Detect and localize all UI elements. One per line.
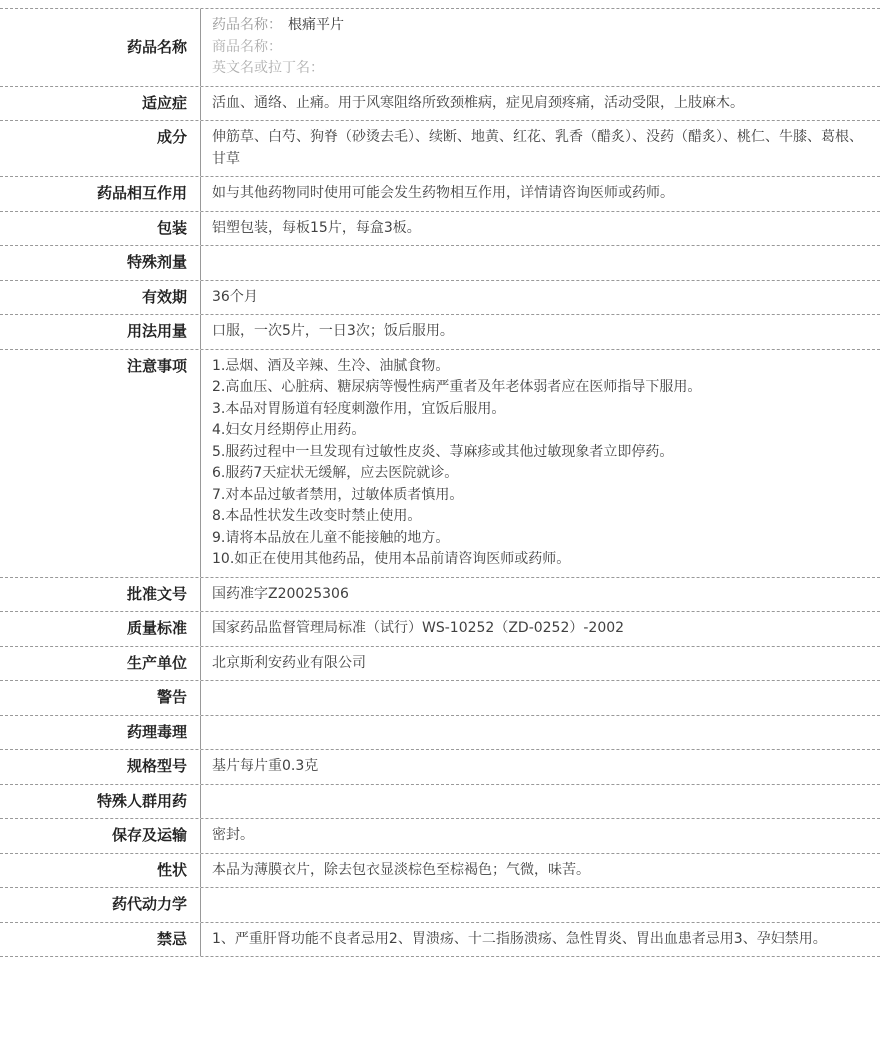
row-value-contraindications: 1、严重肝肾功能不良者忌用2、胃溃疡、十二指肠溃疡、急性胃炎、胃出血患者忌用3、… bbox=[201, 923, 880, 957]
row-value-special-dosage bbox=[201, 246, 880, 280]
row-value-description: 本品为薄膜衣片，除去包衣显淡棕色至棕褐色；气微，味苦。 bbox=[201, 854, 880, 888]
row-value-drug-interactions: 如与其他药物同时使用可能会发生药物相互作用，详情请咨询医师或药师。 bbox=[201, 177, 880, 211]
precautions-line: 4.妇女月经期停止用药。 bbox=[212, 420, 868, 442]
row-drug-interactions: 药品相互作用如与其他药物同时使用可能会发生药物相互作用，详情请咨询医师或药师。 bbox=[0, 177, 880, 212]
row-special-dosage: 特殊剂量 bbox=[0, 246, 880, 281]
row-value-specification: 基片每片重0.3克 bbox=[201, 750, 880, 784]
precautions-line: 7.对本品过敏者禁用，过敏体质者慎用。 bbox=[212, 485, 868, 507]
row-label-shelf-life: 有效期 bbox=[0, 281, 201, 315]
row-special-populations: 特殊人群用药 bbox=[0, 785, 880, 820]
row-label-contraindications: 禁忌 bbox=[0, 923, 201, 957]
row-ingredients: 成分伸筋草、白芍、狗脊（砂烫去毛）、续断、地黄、红花、乳香（醋炙）、没药（醋炙）… bbox=[0, 121, 880, 177]
row-description: 性状本品为薄膜衣片，除去包衣显淡棕色至棕褐色；气微，味苦。 bbox=[0, 854, 880, 889]
precautions-line: 6.服药7天症状无缓解，应去医院就诊。 bbox=[212, 463, 868, 485]
drug-name-field-value: 根痛平片 bbox=[288, 17, 344, 33]
row-label-pharmacology-toxicology: 药理毒理 bbox=[0, 716, 201, 750]
row-approval-number: 批准文号国药准字Z20025306 bbox=[0, 578, 880, 613]
row-label-special-dosage: 特殊剂量 bbox=[0, 246, 201, 280]
row-storage-transport: 保存及运输密封。 bbox=[0, 819, 880, 854]
row-value-approval-number: 国药准字Z20025306 bbox=[201, 578, 880, 612]
row-value-dosage-usage: 口服，一次5片，一日3次；饭后服用。 bbox=[201, 315, 880, 349]
row-drug-name: 药品名称药品名称：根痛平片商品名称：英文名或拉丁名： bbox=[0, 9, 880, 87]
row-contraindications: 禁忌1、严重肝肾功能不良者忌用2、胃溃疡、十二指肠溃疡、急性胃炎、胃出血患者忌用… bbox=[0, 923, 880, 958]
row-value-manufacturer: 北京斯利安药业有限公司 bbox=[201, 647, 880, 681]
row-label-precautions: 注意事项 bbox=[0, 350, 201, 577]
row-value-pharmacokinetics bbox=[201, 888, 880, 922]
row-value-storage-transport: 密封。 bbox=[201, 819, 880, 853]
row-value-shelf-life: 36个月 bbox=[201, 281, 880, 315]
row-label-approval-number: 批准文号 bbox=[0, 578, 201, 612]
row-label-description: 性状 bbox=[0, 854, 201, 888]
row-label-dosage-usage: 用法用量 bbox=[0, 315, 201, 349]
row-value-precautions: 1.忌烟、酒及辛辣、生冷、油腻食物。2.高血压、心脏病、糖尿病等慢性病严重者及年… bbox=[201, 350, 880, 577]
row-label-drug-name: 药品名称 bbox=[0, 9, 201, 86]
precautions-line: 10.如正在使用其他药品，使用本品前请咨询医师或药师。 bbox=[212, 549, 868, 571]
row-value-warning bbox=[201, 681, 880, 715]
precautions-line: 9.请将本品放在儿童不能接触的地方。 bbox=[212, 528, 868, 550]
drug-name-field-label: 商品名称： bbox=[212, 39, 282, 55]
row-label-pharmacokinetics: 药代动力学 bbox=[0, 888, 201, 922]
row-label-drug-interactions: 药品相互作用 bbox=[0, 177, 201, 211]
drug-info-table: 药品名称药品名称：根痛平片商品名称：英文名或拉丁名：适应症活血、通络、止痛。用于… bbox=[0, 8, 880, 957]
row-label-ingredients: 成分 bbox=[0, 121, 201, 176]
row-label-storage-transport: 保存及运输 bbox=[0, 819, 201, 853]
row-quality-standard: 质量标准国家药品监督管理局标准（试行）WS-10252（ZD-0252）-200… bbox=[0, 612, 880, 647]
row-dosage-usage: 用法用量口服，一次5片，一日3次；饭后服用。 bbox=[0, 315, 880, 350]
row-indications: 适应症活血、通络、止痛。用于风寒阻络所致颈椎病，症见肩颈疼痛，活动受限，上肢麻木… bbox=[0, 87, 880, 122]
row-shelf-life: 有效期36个月 bbox=[0, 281, 880, 316]
row-value-packaging: 铝塑包装，每板15片，每盒3板。 bbox=[201, 212, 880, 246]
row-value-drug-name: 药品名称：根痛平片商品名称：英文名或拉丁名： bbox=[201, 9, 880, 86]
drug-name-field-line: 商品名称： bbox=[212, 37, 868, 59]
drug-info-page: { "colors": { "border_dashed": "#999999"… bbox=[0, 0, 880, 1050]
row-warning: 警告 bbox=[0, 681, 880, 716]
row-value-quality-standard: 国家药品监督管理局标准（试行）WS-10252（ZD-0252）-2002 bbox=[201, 612, 880, 646]
row-value-special-populations bbox=[201, 785, 880, 819]
row-packaging: 包装铝塑包装，每板15片，每盒3板。 bbox=[0, 212, 880, 247]
row-pharmacology-toxicology: 药理毒理 bbox=[0, 716, 880, 751]
precautions-line: 5.服药过程中一旦发现有过敏性皮炎、荨麻疹或其他过敏现象者立即停药。 bbox=[212, 442, 868, 464]
drug-name-field-label: 英文名或拉丁名： bbox=[212, 60, 324, 76]
row-specification: 规格型号基片每片重0.3克 bbox=[0, 750, 880, 785]
row-manufacturer: 生产单位北京斯利安药业有限公司 bbox=[0, 647, 880, 682]
row-pharmacokinetics: 药代动力学 bbox=[0, 888, 880, 923]
row-label-manufacturer: 生产单位 bbox=[0, 647, 201, 681]
drug-name-field-line: 英文名或拉丁名： bbox=[212, 58, 868, 80]
row-label-special-populations: 特殊人群用药 bbox=[0, 785, 201, 819]
row-label-specification: 规格型号 bbox=[0, 750, 201, 784]
row-value-pharmacology-toxicology bbox=[201, 716, 880, 750]
row-label-quality-standard: 质量标准 bbox=[0, 612, 201, 646]
precautions-line: 8.本品性状发生改变时禁止使用。 bbox=[212, 506, 868, 528]
row-value-ingredients: 伸筋草、白芍、狗脊（砂烫去毛）、续断、地黄、红花、乳香（醋炙）、没药（醋炙）、桃… bbox=[201, 121, 880, 176]
precautions-line: 3.本品对胃肠道有轻度刺激作用，宜饭后服用。 bbox=[212, 399, 868, 421]
row-label-packaging: 包装 bbox=[0, 212, 201, 246]
row-value-indications: 活血、通络、止痛。用于风寒阻络所致颈椎病，症见肩颈疼痛，活动受限，上肢麻木。 bbox=[201, 87, 880, 121]
drug-name-field-label: 药品名称： bbox=[212, 17, 282, 33]
precautions-line: 2.高血压、心脏病、糖尿病等慢性病严重者及年老体弱者应在医师指导下服用。 bbox=[212, 377, 868, 399]
precautions-line: 1.忌烟、酒及辛辣、生冷、油腻食物。 bbox=[212, 356, 868, 378]
row-precautions: 注意事项1.忌烟、酒及辛辣、生冷、油腻食物。2.高血压、心脏病、糖尿病等慢性病严… bbox=[0, 350, 880, 578]
row-label-warning: 警告 bbox=[0, 681, 201, 715]
drug-name-field-line: 药品名称：根痛平片 bbox=[212, 15, 868, 37]
row-label-indications: 适应症 bbox=[0, 87, 201, 121]
